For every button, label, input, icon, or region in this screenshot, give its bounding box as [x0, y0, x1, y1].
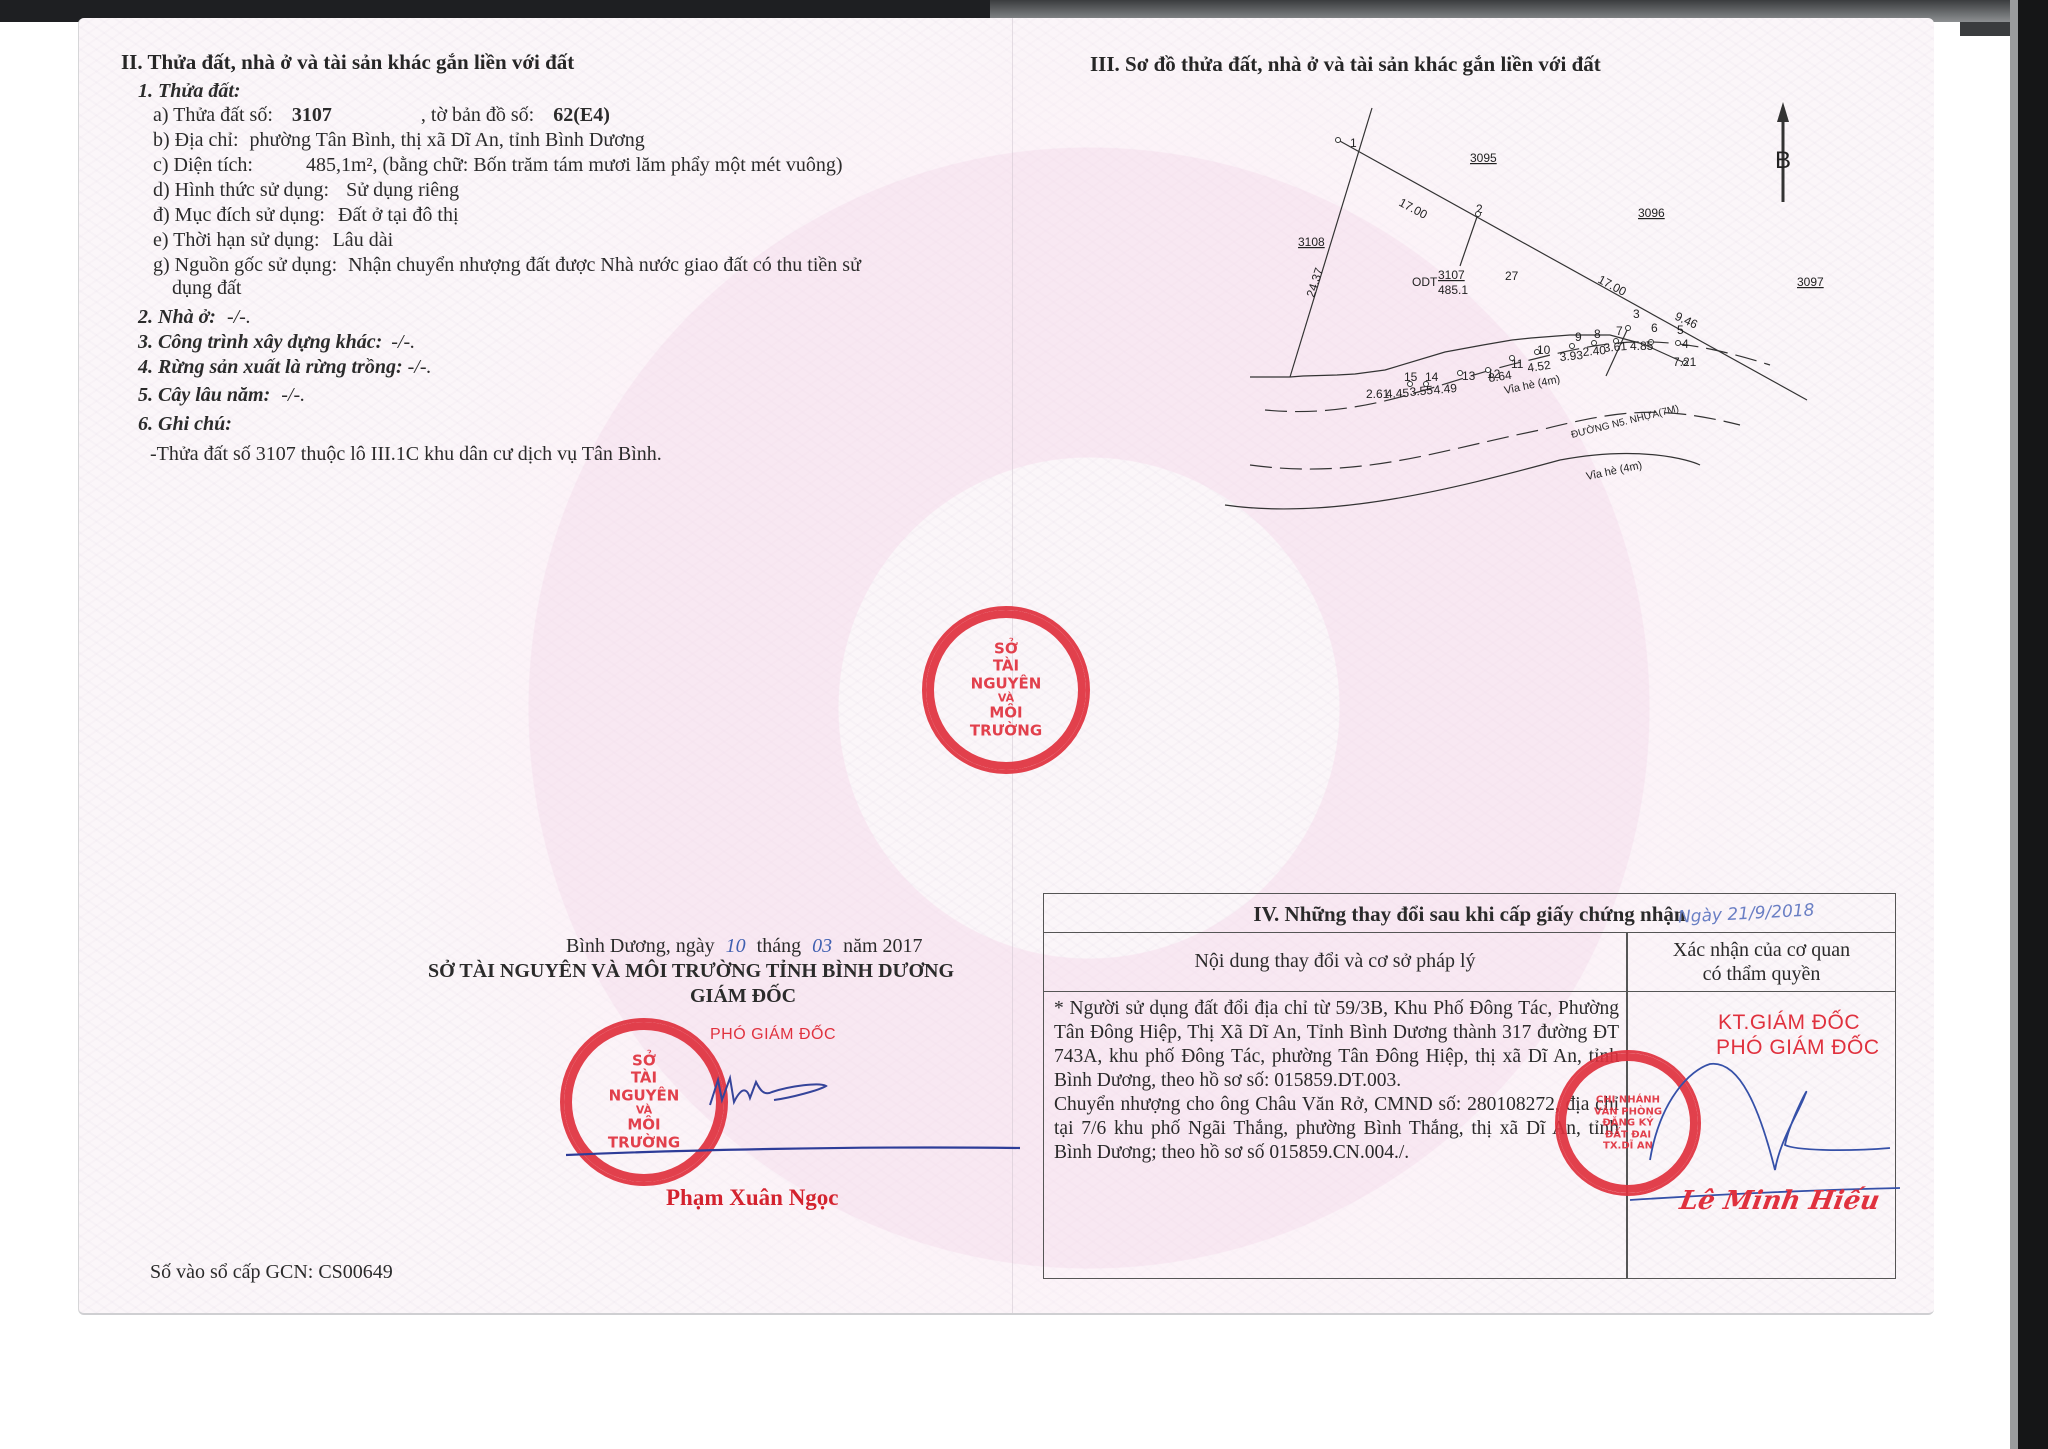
change-entry-address: * Người sử dụng đất đổi địa chỉ từ 59/3B… — [1054, 997, 1619, 1093]
address-label: b) Địa chỉ: — [153, 129, 239, 151]
deputy-title: PHÓ GIÁM ĐỐC — [710, 1026, 836, 1044]
svg-text:485.1: 485.1 — [1438, 283, 1468, 297]
svg-text:Vỉa hè (4m): Vỉa hè (4m) — [1585, 459, 1643, 483]
issue-month: 03 — [812, 935, 832, 957]
origin-value: Nhận chuyển nhượng đất được Nhà nước gia… — [348, 254, 861, 276]
stamp-line: TÀI NGUYÊN — [966, 658, 1046, 693]
col-header-confirm-line2: có thẩm quyền — [1703, 962, 1821, 986]
confirm-title-1: KT.GIÁM ĐỐC — [1718, 1011, 1860, 1035]
change-entry-transfer: Chuyển nhượng cho ông Châu Văn Rở, CMND … — [1054, 1093, 1619, 1165]
address-line: b) Địa chỉ: phường Tân Bình, thị xã Dĩ A… — [153, 129, 645, 152]
svg-text:ODT: ODT — [1412, 275, 1438, 289]
svg-text:24.37: 24.37 — [1304, 266, 1327, 299]
other-construction-value: -/-. — [391, 331, 415, 353]
term-line: e) Thời hạn sử dụng: Lâu dài — [153, 229, 393, 252]
signer-name: Phạm Xuân Ngọc — [666, 1185, 839, 1211]
map-sheet-number: 62(E4) — [553, 104, 610, 126]
scanner-edge-right-dark — [2018, 0, 2048, 1449]
perennial-label: 5. Cây lâu năm: — [138, 384, 270, 406]
term-value: Lâu dài — [333, 229, 394, 251]
forest-line: 4. Rừng sản xuất là rừng trồng: -/-. — [138, 356, 432, 379]
svg-text:3.55: 3.55 — [1409, 383, 1434, 399]
col-header-confirm-line1: Xác nhận của cơ quan — [1673, 938, 1850, 962]
land-heading: 1. Thửa đất: — [138, 80, 241, 103]
registry-entry: Số vào sổ cấp GCN: CS00649 — [150, 1261, 393, 1284]
use-form-label: d) Hình thức sử dụng: — [153, 179, 329, 201]
svg-text:3: 3 — [1633, 307, 1640, 321]
north-arrow-icon: B — [1775, 102, 1791, 202]
origin-line: g) Nguồn gốc sử dụng: Nhận chuyển nhượng… — [153, 254, 861, 277]
perennial-value: -/-. — [281, 384, 305, 406]
house-line: 2. Nhà ở: -/-. — [138, 306, 251, 329]
purpose-label: đ) Mục đích sử dụng: — [153, 204, 325, 226]
svg-text:3095: 3095 — [1470, 151, 1497, 165]
svg-text:13: 13 — [1462, 369, 1476, 383]
parcel-label: a) Thửa đất số: — [153, 104, 273, 126]
notes-value: -Thửa đất số 3107 thuộc lô III.1C khu dâ… — [150, 443, 662, 466]
col-header-content: Nội dung thay đổi và cơ sở pháp lý — [1044, 932, 1626, 992]
svg-text:3.61: 3.61 — [1603, 339, 1628, 355]
area-value: 485,1m², (bằng chữ: Bốn trăm tám mươi lă… — [306, 154, 843, 176]
svg-text:4.85: 4.85 — [1630, 339, 1654, 353]
signature-le-minh-hieu — [1590, 1040, 1900, 1200]
origin-line-2: dụng đất — [172, 277, 241, 300]
svg-text:7: 7 — [1616, 324, 1623, 338]
change-entries: * Người sử dụng đất đổi địa chỉ từ 59/3B… — [1054, 997, 1619, 1165]
svg-text:1: 1 — [1350, 136, 1357, 150]
issue-place: Bình Dương, ngày — [566, 935, 715, 957]
svg-text:8.64: 8.64 — [1487, 368, 1512, 385]
svg-text:3.93: 3.93 — [1559, 348, 1584, 364]
use-form-value: Sử dụng riêng — [346, 179, 459, 201]
authority-position: GIÁM ĐỐC — [690, 985, 796, 1008]
purpose-line: đ) Mục đích sử dụng: Đất ở tại đô thị — [153, 204, 459, 227]
address-value: phường Tân Bình, thị xã Dĩ An, tỉnh Bình… — [250, 129, 645, 151]
svg-text:6: 6 — [1651, 321, 1658, 335]
issue-date: Bình Dương, ngày 10 tháng 03 năm 2017 — [566, 935, 923, 958]
perennial-line: 5. Cây lâu năm: -/-. — [138, 384, 305, 407]
svg-text:4.49: 4.49 — [1433, 381, 1458, 397]
issue-year: năm 2017 — [843, 935, 922, 957]
area-line: c) Diện tích: 485,1m², (bằng chữ: Bốn tr… — [153, 154, 842, 177]
col-header-confirm: Xác nhận của cơ quan có thẩm quyền — [1628, 932, 1895, 992]
parcel-number-line: a) Thửa đất số: 3107 , tờ bản đồ số: 62(… — [153, 104, 610, 127]
house-label: 2. Nhà ở: — [138, 306, 216, 328]
back-sheet — [1960, 22, 2010, 1416]
area-label: c) Diện tích: — [153, 154, 253, 176]
term-label: e) Thời hạn sử dụng: — [153, 229, 320, 251]
issue-day: 10 — [726, 935, 746, 957]
notes-label: 6. Ghi chú: — [138, 413, 232, 436]
svg-text:4: 4 — [1682, 337, 1689, 351]
section-ii-title: II. Thửa đất, nhà ở và tài sản khác gắn … — [121, 50, 574, 75]
forest-label: 4. Rừng sản xuất là rừng trồng: — [138, 356, 403, 378]
svg-text:3107: 3107 — [1438, 268, 1465, 282]
parcel-diagram: B 3095309630973108ODT3107485.12712345678… — [1220, 90, 1880, 540]
other-construction-line: 3. Công trình xây dựng khác: -/-. — [138, 331, 415, 354]
use-form-line: d) Hình thức sử dụng: Sử dụng riêng — [153, 179, 459, 202]
svg-text:2.61: 2.61 — [1366, 387, 1390, 401]
stamp-line: MÔI TRƯỜNG — [966, 705, 1046, 740]
other-construction-label: 3. Công trình xây dựng khác: — [138, 331, 382, 353]
svg-text:9: 9 — [1575, 330, 1582, 344]
svg-text:4.52: 4.52 — [1526, 358, 1551, 375]
house-value: -/-. — [227, 306, 251, 328]
svg-text:3096: 3096 — [1638, 206, 1665, 220]
confirm-signer-name: Lê Minh Hiếu — [1677, 1186, 1882, 1216]
svg-text:B: B — [1775, 147, 1791, 174]
svg-text:17.00: 17.00 — [1397, 195, 1430, 222]
map-sheet-label: , tờ bản đồ số: — [421, 104, 534, 126]
svg-text:3108: 3108 — [1298, 235, 1325, 249]
issue-month-label: tháng — [757, 935, 801, 957]
svg-text:17.00: 17.00 — [1596, 272, 1629, 299]
parcel-number: 3107 — [292, 104, 332, 126]
svg-text:7.21: 7.21 — [1673, 355, 1697, 369]
svg-text:ĐƯỜNG N5. NHỰA(7M): ĐƯỜNG N5. NHỰA(7M) — [1570, 402, 1681, 441]
stamp-line: SỞ — [966, 641, 1046, 658]
purpose-value: Đất ở tại đô thị — [338, 204, 459, 226]
section-iii-title: III. Sơ đồ thửa đất, nhà ở và tài sản kh… — [1090, 52, 1601, 77]
origin-label: g) Nguồn gốc sử dụng: — [153, 254, 337, 276]
svg-text:8: 8 — [1594, 327, 1601, 341]
forest-value: -/-. — [408, 356, 432, 378]
svg-text:2.40: 2.40 — [1582, 343, 1607, 359]
signature-pham-xuan-ngoc — [560, 1060, 1020, 1170]
svg-text:27: 27 — [1505, 269, 1519, 283]
center-stamp: SỞ TÀI NGUYÊN VÀ MÔI TRƯỜNG — [922, 606, 1090, 774]
svg-text:3097: 3097 — [1797, 275, 1824, 289]
issuing-authority: SỞ TÀI NGUYÊN VÀ MÔI TRƯỜNG TỈNH BÌNH DƯ… — [428, 960, 954, 983]
